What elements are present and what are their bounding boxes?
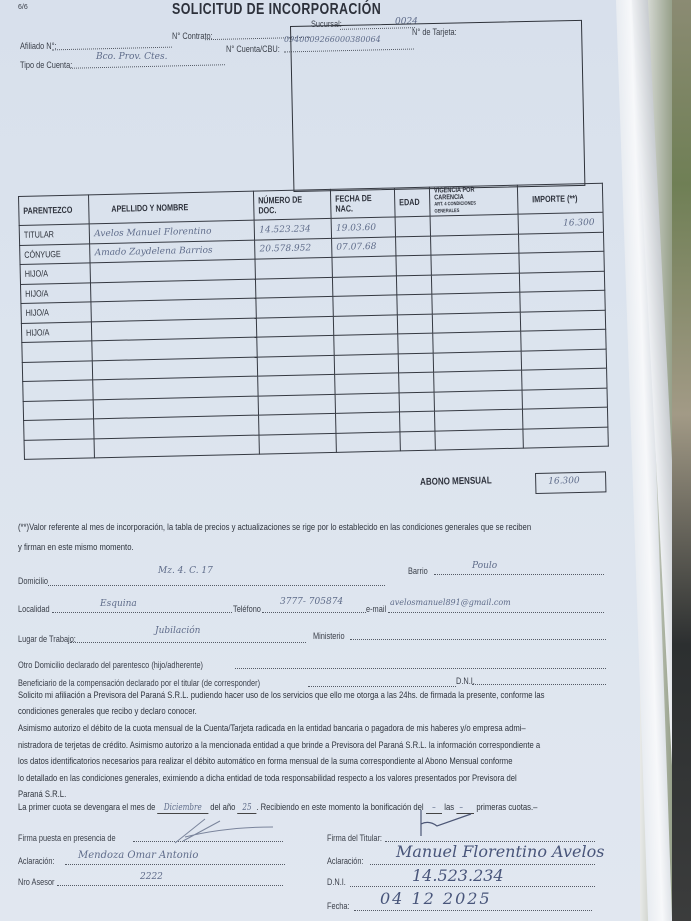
footnote-line1: (**)Valor referente al mes de incorporac… bbox=[18, 522, 531, 533]
cuenta-cbu-label: N° Cuenta/CBU: bbox=[226, 44, 280, 54]
nombre-cell-text: Amado Zaydelena Barrios bbox=[95, 246, 213, 259]
parentezco-cell bbox=[24, 419, 95, 440]
doc-cell[interactable] bbox=[258, 355, 335, 376]
importe-cell[interactable]: 16.300 bbox=[518, 212, 603, 233]
aclaracion-right-value[interactable]: Manuel Florentino Avelos bbox=[396, 842, 604, 861]
fecha-nac-cell-text: 19.03.60 bbox=[336, 223, 376, 234]
localidad-label: Localidad bbox=[18, 604, 50, 614]
fecha-nac-cell[interactable]: 19.03.60 bbox=[331, 217, 395, 238]
asesor-line[interactable] bbox=[57, 885, 283, 886]
localidad-value[interactable]: Esquina bbox=[100, 599, 137, 609]
edad-cell[interactable] bbox=[398, 353, 433, 373]
barrio-label: Barrio bbox=[408, 566, 428, 576]
vigencia-cell[interactable] bbox=[432, 331, 521, 353]
header-importe: IMPORTE (**) bbox=[518, 183, 603, 214]
parentezco-cell bbox=[22, 360, 93, 381]
titular-signature bbox=[415, 808, 475, 838]
telefono-line[interactable] bbox=[262, 612, 366, 613]
terms-p2-line4: lo detallado en las condiciones generale… bbox=[18, 773, 517, 784]
header-apellido-nombre: APELLIDO Y NOMBRE bbox=[89, 191, 255, 224]
parentezco-cell-text: HIJO/A bbox=[25, 288, 48, 299]
parentezco-cell: CÓNYUGE bbox=[20, 243, 91, 264]
doc-cell[interactable] bbox=[255, 257, 332, 278]
vigencia-cell[interactable] bbox=[431, 292, 520, 314]
importe-cell[interactable] bbox=[520, 271, 605, 292]
importe-cell[interactable] bbox=[522, 388, 607, 409]
header-vigencia: VIGENCIA POR CARENCIAART. 4 CONDICIONES … bbox=[429, 185, 518, 216]
importe-cell[interactable] bbox=[521, 329, 606, 350]
cuota-prefix: La primer cuota se devengara el mes de bbox=[18, 802, 155, 813]
barrio-value[interactable]: Poulo bbox=[472, 561, 497, 571]
ministerio-label: Ministerio bbox=[313, 631, 345, 641]
parentezco-cell-text: TITULAR bbox=[24, 229, 54, 240]
edad-cell[interactable] bbox=[399, 411, 434, 431]
fecha-nac-cell[interactable] bbox=[334, 353, 398, 374]
barrio-line[interactable] bbox=[434, 574, 604, 575]
terms-p2-line5: Paraná S.R.L. bbox=[18, 789, 66, 800]
importe-cell[interactable] bbox=[523, 407, 608, 428]
doc-cell[interactable] bbox=[256, 296, 333, 317]
telefono-label: Teléfono bbox=[233, 604, 261, 614]
parentezco-cell: HIJO/A bbox=[21, 321, 92, 342]
parentezco-cell: HIJO/A bbox=[20, 263, 91, 284]
doc-cell[interactable] bbox=[257, 316, 334, 337]
vigencia-cell[interactable] bbox=[430, 253, 519, 275]
doc-cell[interactable] bbox=[259, 433, 336, 454]
doc-cell[interactable] bbox=[256, 277, 333, 298]
members-table: PARENTEZCO APELLIDO Y NOMBRE NÚMERO DE D… bbox=[18, 183, 609, 460]
doc-cell[interactable] bbox=[258, 394, 335, 415]
doc-cell-text: 14.523.234 bbox=[259, 224, 311, 235]
parentezco-cell-text: HIJO/A bbox=[26, 308, 49, 319]
terms-p2-line2: nistradora de terjetas de crédito. Asimi… bbox=[18, 740, 540, 751]
vigencia-cell[interactable] bbox=[434, 409, 523, 431]
abono-mensual-box[interactable]: 16.300 bbox=[535, 471, 606, 494]
beneficiario-label: Beneficiario de la compensación declarad… bbox=[18, 678, 260, 688]
aclaracion-left-label: Aclaración: bbox=[18, 856, 55, 866]
vigencia-cell[interactable] bbox=[433, 370, 522, 392]
page-title: SOLICITUD DE INCORPORACIÓN bbox=[172, 1, 381, 19]
doc-cell[interactable]: 14.523.234 bbox=[254, 218, 331, 239]
domicilio-value[interactable]: Mz. 4. C. 17 bbox=[158, 566, 213, 576]
beneficiario-line[interactable] bbox=[308, 686, 456, 687]
edad-cell[interactable] bbox=[397, 294, 432, 314]
parentezco-cell bbox=[23, 399, 94, 420]
header-fecha-nac: FECHA DE NAC. bbox=[331, 188, 396, 218]
page-number: 6/6 bbox=[18, 4, 28, 11]
aclaracion-left-value[interactable]: Mendoza Omar Antonio bbox=[78, 850, 198, 861]
parentezco-cell: TITULAR bbox=[19, 224, 90, 245]
cuota-mid: . Recibiendo en este momento la bonifica… bbox=[256, 802, 423, 813]
fecha-nac-cell[interactable]: 07.07.68 bbox=[332, 236, 396, 257]
trabajo-line[interactable] bbox=[70, 642, 306, 643]
edad-cell[interactable] bbox=[400, 431, 435, 451]
fecha-value[interactable]: 04 12 2025 bbox=[380, 889, 492, 908]
otro-domicilio-line[interactable] bbox=[235, 668, 606, 669]
importe-cell[interactable] bbox=[519, 232, 604, 253]
vigencia-cell[interactable] bbox=[432, 312, 521, 334]
doc-cell[interactable] bbox=[258, 374, 335, 395]
trabajo-value[interactable]: Jubilación bbox=[155, 626, 200, 636]
nombre-cell-text: Avelos Manuel Florentino bbox=[94, 226, 211, 239]
fecha-nac-cell[interactable] bbox=[333, 295, 397, 316]
terms-p2-line1: Asimismo autorizo el débito de la cuota … bbox=[18, 723, 526, 734]
fecha-nac-cell[interactable] bbox=[332, 256, 396, 277]
trabajo-label: Lugar de Trabajo: bbox=[18, 634, 76, 644]
cuota-suffix: primeras cuotas.– bbox=[476, 802, 537, 813]
fecha-nac-cell[interactable] bbox=[333, 275, 397, 296]
abono-mensual-value: 16.300 bbox=[548, 476, 580, 487]
vigencia-cell[interactable] bbox=[430, 234, 519, 256]
vigencia-cell[interactable] bbox=[431, 273, 520, 295]
tipo-cuenta-label: Tipo de Cuenta: bbox=[20, 60, 72, 70]
edad-cell[interactable] bbox=[396, 236, 431, 256]
terms-p2-line3: los datos identificatorios necesarios pa… bbox=[18, 756, 512, 767]
fecha-nac-cell[interactable] bbox=[336, 431, 400, 452]
vigencia-cell[interactable] bbox=[434, 429, 523, 451]
abono-mensual-label: ABONO MENSUAL bbox=[420, 475, 492, 488]
fecha-nac-cell[interactable] bbox=[333, 314, 397, 335]
dni-value[interactable]: 14.523.234 bbox=[412, 866, 504, 885]
domicilio-label: Domicilio bbox=[18, 576, 48, 586]
titular-signature-label: Firma del Titular: bbox=[327, 833, 382, 843]
importe-cell[interactable] bbox=[520, 290, 605, 311]
doc-cell-text: 20.578.952 bbox=[260, 244, 312, 255]
aclaracion-right-line[interactable] bbox=[370, 864, 595, 865]
dni-line[interactable] bbox=[350, 886, 595, 887]
beneficiario-dni-line[interactable] bbox=[472, 684, 606, 685]
asesor-value[interactable]: 2222 bbox=[140, 872, 163, 882]
header-vigencia-sub: ART. 4 CONDICIONES GENERALES bbox=[434, 200, 498, 215]
vigencia-cell[interactable] bbox=[433, 351, 522, 373]
doc-cell[interactable]: 20.578.952 bbox=[255, 238, 332, 259]
otro-domicilio-label: Otro Domicilio declarado del parentesco … bbox=[18, 660, 203, 670]
card-box bbox=[290, 20, 585, 192]
importe-cell[interactable] bbox=[521, 349, 606, 370]
parentezco-cell-text: CÓNYUGE bbox=[24, 249, 61, 260]
doc-cell[interactable] bbox=[259, 413, 336, 434]
localidad-line[interactable] bbox=[52, 612, 232, 613]
tipo-cuenta-value[interactable]: Bco. Prov. Ctes. bbox=[96, 52, 167, 62]
fecha-label: Fecha: bbox=[327, 901, 350, 911]
footnote-line2: y firman en este mismo momento. bbox=[18, 542, 134, 553]
terms-p1-line2: condiciones generales que recibo y decla… bbox=[18, 706, 197, 717]
header-edad: EDAD bbox=[394, 187, 429, 217]
email-value[interactable]: avelosmanuel891@gmail.com bbox=[390, 598, 511, 607]
dni-label: D.N.I. bbox=[327, 877, 346, 887]
edad-cell[interactable] bbox=[396, 275, 431, 295]
doc-cell[interactable] bbox=[257, 335, 334, 356]
edad-cell[interactable] bbox=[397, 314, 432, 334]
domicilio-line[interactable] bbox=[48, 585, 385, 586]
parentezco-cell: HIJO/A bbox=[20, 282, 91, 303]
vigencia-cell[interactable] bbox=[434, 390, 523, 412]
aclaracion-left-line[interactable] bbox=[65, 864, 285, 865]
importe-cell[interactable] bbox=[522, 368, 607, 389]
background-ground bbox=[672, 0, 691, 921]
importe-cell-text: 16.300 bbox=[563, 218, 595, 229]
nombre-cell[interactable] bbox=[94, 435, 259, 458]
importe-cell[interactable] bbox=[521, 310, 606, 331]
fecha-nac-cell[interactable] bbox=[336, 412, 400, 433]
header-parentezco: PARENTEZCO bbox=[19, 195, 90, 226]
cuota-mes-field[interactable]: Diciembre bbox=[158, 803, 209, 814]
importe-cell[interactable] bbox=[523, 427, 608, 448]
cuota-anio-label: del año bbox=[210, 802, 235, 813]
email-line[interactable] bbox=[388, 612, 604, 613]
aclaracion-right-label: Aclaración: bbox=[327, 856, 364, 866]
fecha-line[interactable] bbox=[354, 910, 592, 911]
header-numero-doc: NÚMERO DE DOC. bbox=[254, 189, 331, 220]
fecha-nac-cell[interactable] bbox=[335, 373, 399, 394]
edad-cell[interactable] bbox=[396, 255, 431, 275]
fecha-nac-cell[interactable] bbox=[334, 334, 398, 355]
terms-p1-line1: Solicito mi afiliación a Previsora del P… bbox=[18, 690, 544, 701]
edad-cell[interactable] bbox=[399, 392, 434, 412]
parentezco-cell bbox=[24, 438, 95, 459]
fecha-nac-cell[interactable] bbox=[335, 392, 399, 413]
edad-cell[interactable] bbox=[398, 333, 433, 353]
email-label: e-mail bbox=[366, 604, 386, 614]
edad-cell[interactable] bbox=[395, 216, 430, 236]
importe-cell[interactable] bbox=[519, 251, 604, 272]
asesor-label: Nro Asesor bbox=[18, 877, 55, 887]
parentezco-cell bbox=[22, 341, 93, 362]
vigencia-cell[interactable] bbox=[430, 214, 519, 236]
ministerio-line[interactable] bbox=[350, 639, 606, 640]
parentezco-cell-text: HIJO/A bbox=[26, 327, 49, 338]
presencia-label: Firma puesta en presencia de bbox=[18, 833, 116, 843]
parentezco-cell-text: HIJO/A bbox=[25, 269, 48, 280]
witness-signature bbox=[165, 815, 275, 845]
telefono-value[interactable]: 3777- 705874 bbox=[280, 597, 343, 607]
edad-cell[interactable] bbox=[399, 372, 434, 392]
parentezco-cell bbox=[23, 380, 94, 401]
cuota-anio-field[interactable]: 25 bbox=[238, 803, 257, 814]
parentezco-cell: HIJO/A bbox=[21, 302, 92, 323]
fecha-nac-cell-text: 07.07.68 bbox=[336, 242, 376, 253]
